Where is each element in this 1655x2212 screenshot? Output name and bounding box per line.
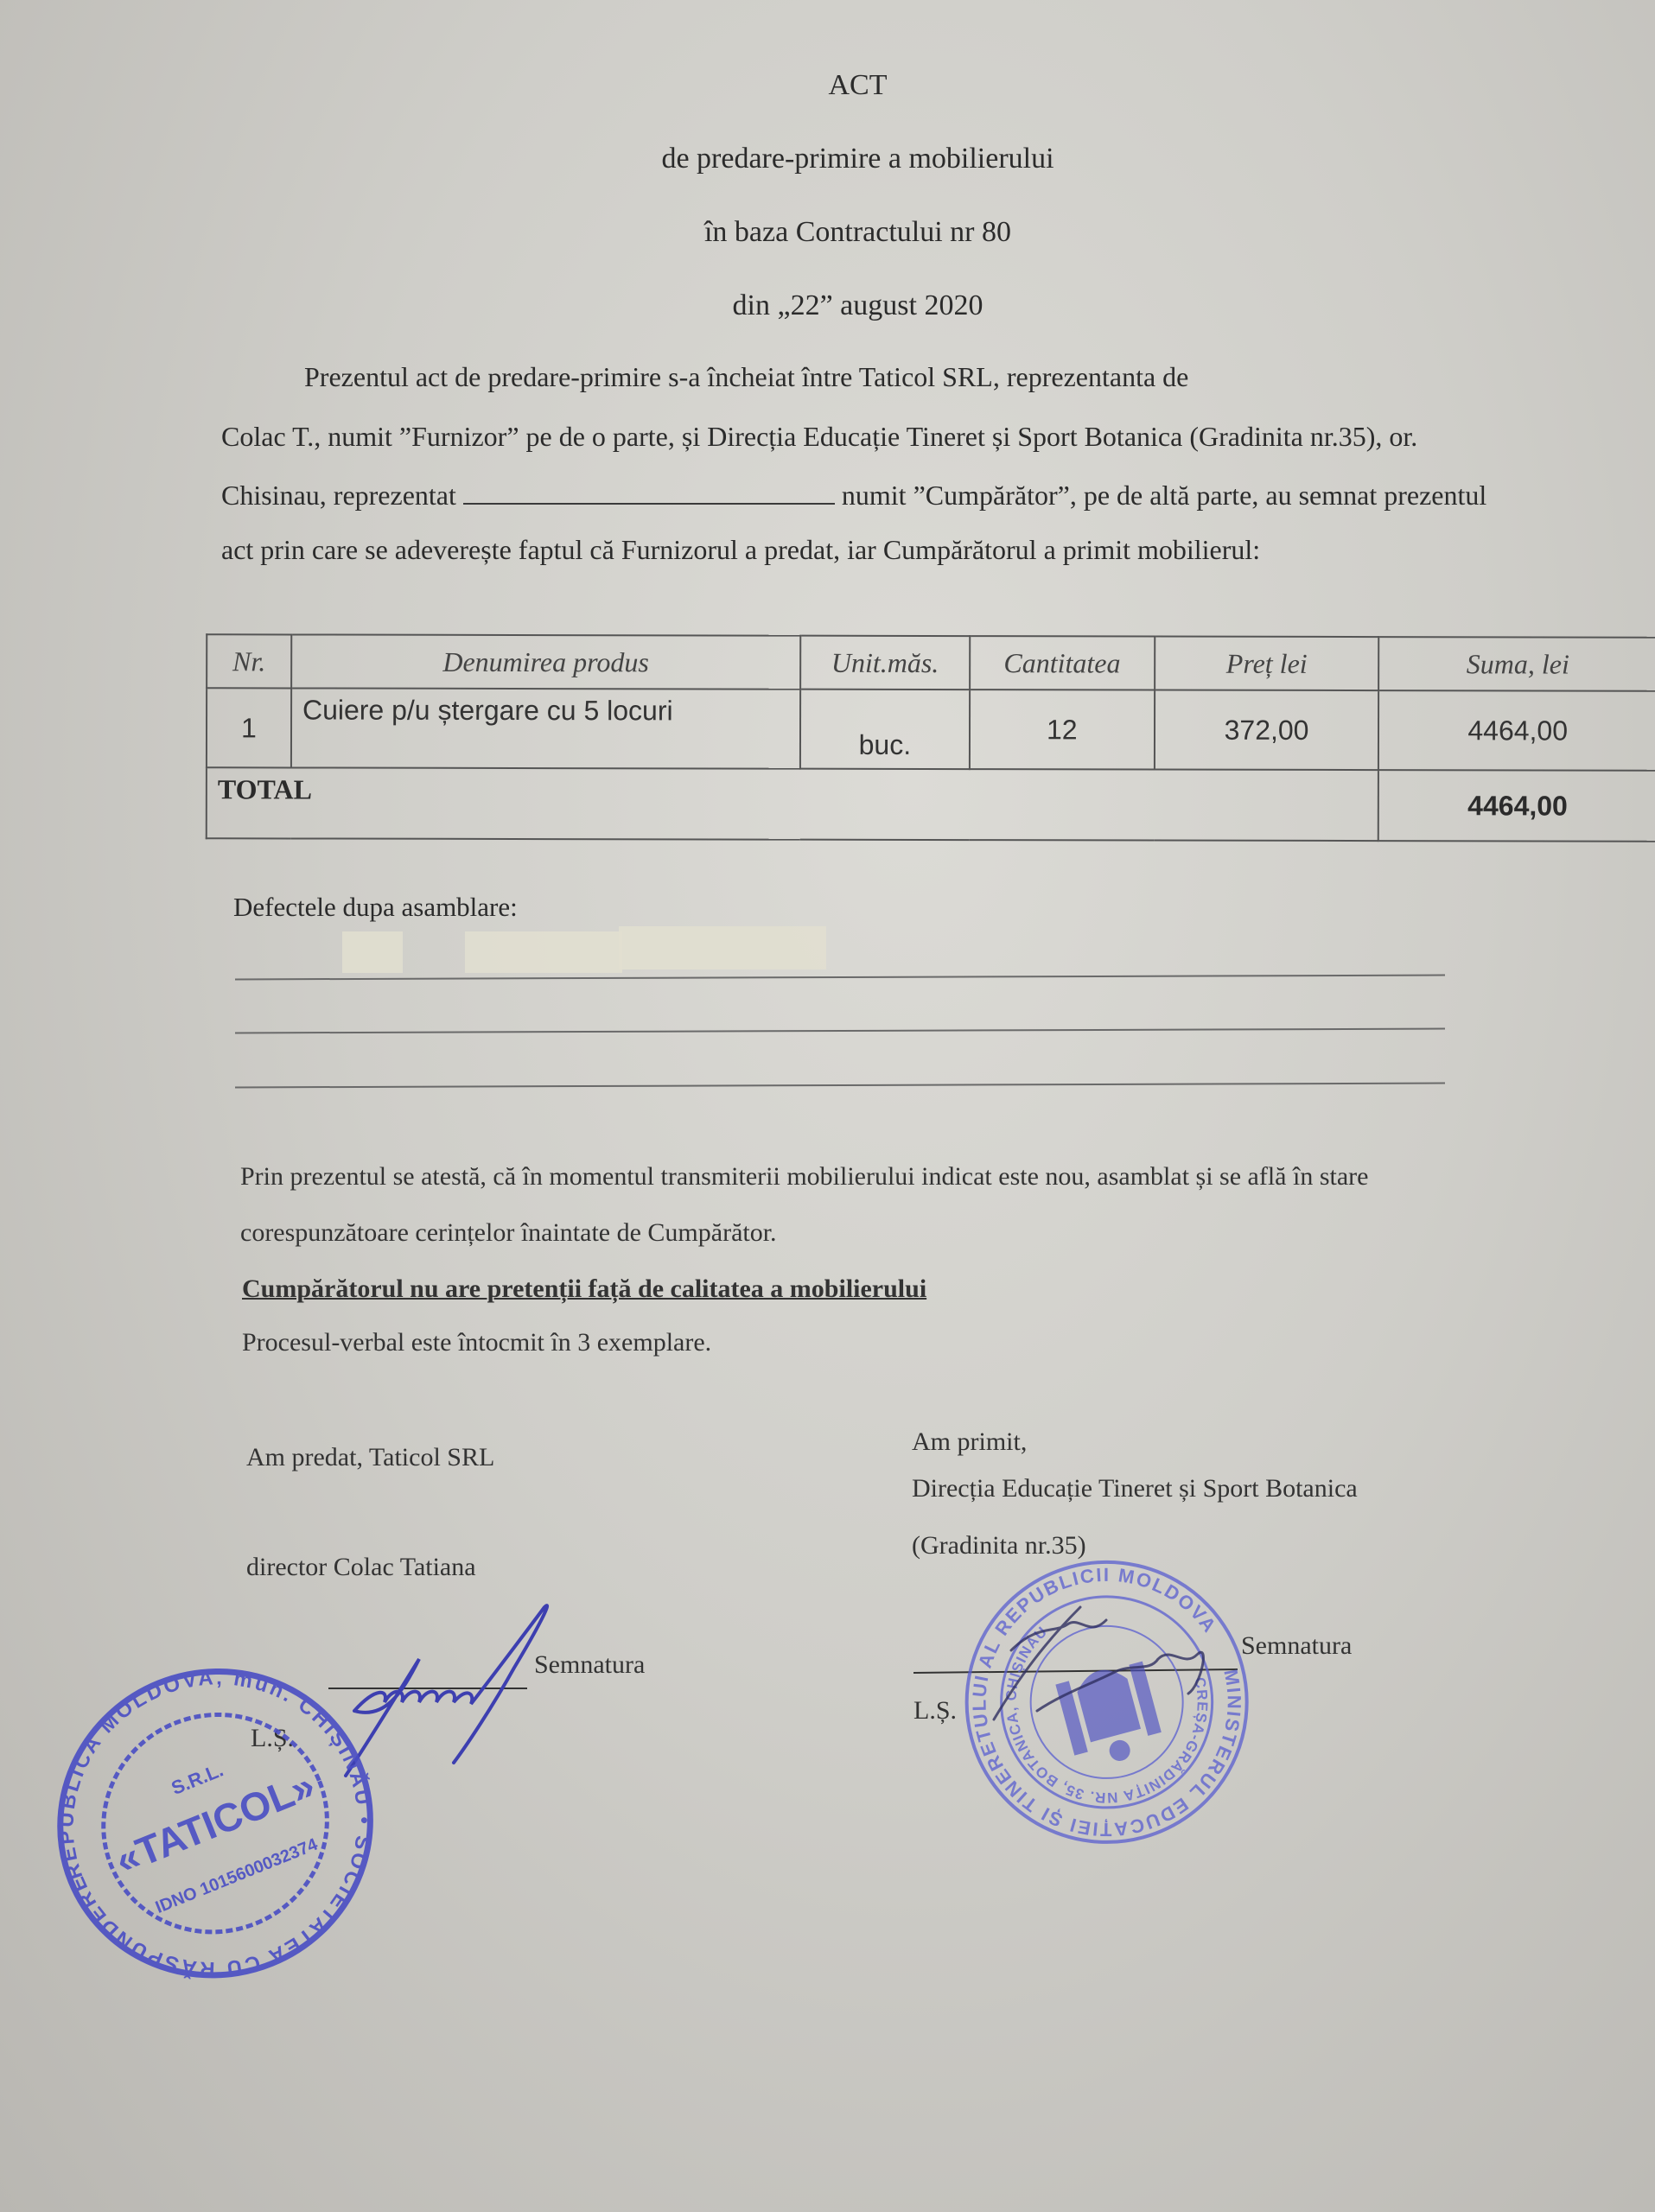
- cell-quantity: 12: [970, 690, 1155, 769]
- intro-line-3-start: Chisinau, reprezentat: [221, 480, 456, 511]
- no-claims-statement: Cumpărătorul nu are pretenții față de ca…: [242, 1274, 926, 1304]
- intro-line-4: act prin care se adeverește faptul că Fu…: [221, 534, 1260, 566]
- header-product: Denumirea produs: [291, 634, 800, 689]
- cell-product: Cuiere p/u ștergare cu 5 locuri: [291, 688, 800, 768]
- buyer-received: Am primit,: [912, 1427, 1027, 1457]
- correction-tape: [619, 926, 826, 969]
- cell-price: 372,00: [1155, 690, 1379, 771]
- correction-tape: [465, 931, 622, 973]
- defects-line-3: [235, 1083, 1445, 1089]
- cell-unit: buc.: [800, 690, 970, 769]
- defects-label: Defectele dupa asamblare:: [233, 892, 518, 923]
- document-date: din „22” august 2020: [60, 289, 1655, 322]
- table-total-row: TOTAL 4464,00: [207, 767, 1655, 842]
- attestation-line-1: Prin prezentul se atestă, că în momentul…: [240, 1162, 1368, 1192]
- header-price: Preț lei: [1155, 637, 1379, 691]
- representative-blank-field: [463, 482, 835, 505]
- buyer-handwritten-signature: [985, 1590, 1244, 1737]
- copies-statement: Procesul-verbal este întocmit în 3 exemp…: [242, 1328, 711, 1357]
- intro-line-3-end: numit ”Cumpărător”, pe de altă parte, au…: [842, 480, 1486, 511]
- cell-sum: 4464,00: [1378, 690, 1655, 771]
- header-nr: Nr.: [207, 634, 291, 688]
- header-sum: Suma, lei: [1379, 637, 1655, 691]
- buyer-signature-label: Semnatura: [1241, 1631, 1352, 1661]
- attestation-line-2: corespunzătoare cerințelor înaintate de …: [240, 1218, 777, 1248]
- header-quantity: Cantitatea: [970, 636, 1155, 690]
- document-subtitle: de predare-primire a mobilierului: [60, 143, 1655, 175]
- header-unit: Unit.măs.: [800, 636, 970, 690]
- total-value: 4464,00: [1378, 770, 1655, 842]
- cell-nr: 1: [207, 688, 291, 767]
- table-header-row: Nr. Denumirea produs Unit.măs. Cantitate…: [207, 634, 1655, 691]
- defects-line-2: [235, 1028, 1445, 1034]
- document-title: ACT: [60, 69, 1655, 102]
- buyer-seal-label: L.Ș.: [913, 1696, 957, 1726]
- intro-line-1: Prezentul act de predare-primire s-a înc…: [304, 361, 1188, 393]
- defects-line-1: [235, 975, 1445, 981]
- buyer-branch: (Gradinita nr.35): [912, 1531, 1086, 1560]
- intro-line-2: Colac T., numit ”Furnizor” pe de o parte…: [221, 421, 1417, 453]
- total-label: TOTAL: [207, 767, 1379, 841]
- supplier-stamp-top: S.R.L.: [169, 1758, 226, 1799]
- items-table: Nr. Denumirea produs Unit.măs. Cantitate…: [206, 633, 1655, 842]
- supplier-handed-over: Am predat, Taticol SRL: [246, 1443, 494, 1472]
- buyer-organization: Direcția Educație Tineret și Sport Botan…: [912, 1474, 1358, 1503]
- table-row: 1 Cuiere p/u ștergare cu 5 locuri buc. 1…: [207, 688, 1655, 771]
- supplier-director: director Colac Tatiana: [246, 1553, 476, 1582]
- intro-line-3: Chisinau, reprezentatnumit ”Cumpărător”,…: [221, 480, 1486, 512]
- contract-reference: în baza Contractului nr 80: [60, 216, 1655, 249]
- correction-tape: [342, 931, 403, 973]
